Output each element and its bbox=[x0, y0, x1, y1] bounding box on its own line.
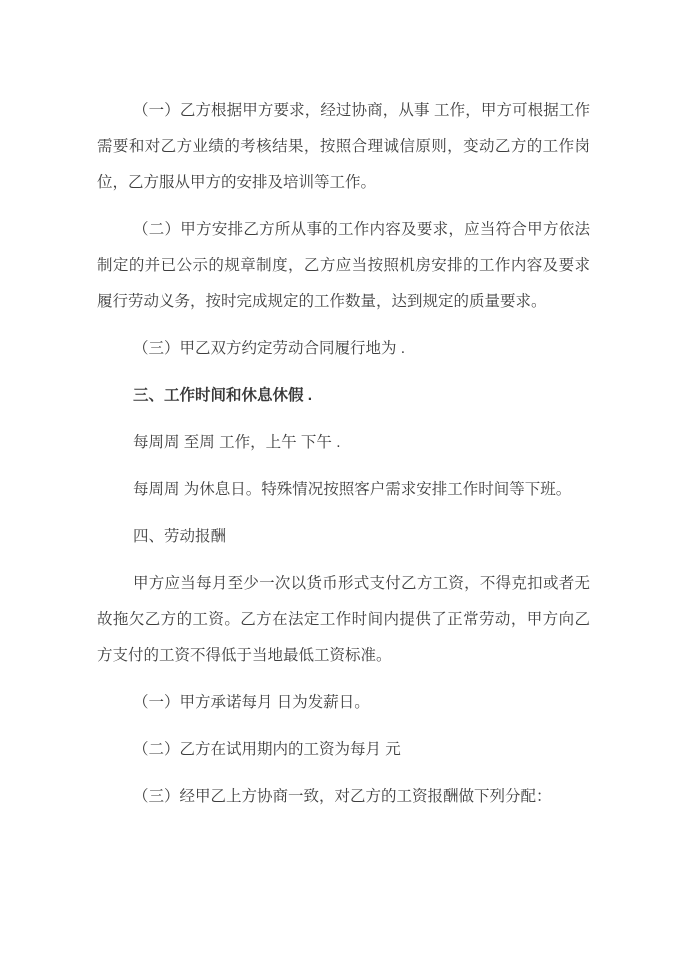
document-page: （一）乙方根据甲方要求，经过协商，从事 工作，甲方可根据工作需要和对乙方业绩的考… bbox=[0, 0, 690, 976]
clause-job-assignment: （一）乙方根据甲方要求，经过协商，从事 工作，甲方可根据工作需要和对乙方业绩的考… bbox=[97, 93, 590, 201]
clause-contract-performance-place: （三）甲乙双方约定劳动合同履行地为 . bbox=[97, 331, 590, 367]
clause-weekly-schedule: 每周周 至周 工作，上午 下午 . bbox=[97, 425, 590, 461]
clause-payday: （一）甲方承诺每月 日为发薪日。 bbox=[97, 685, 590, 721]
section-heading-working-hours: 三、工作时间和休息休假 . bbox=[97, 378, 590, 414]
section-heading-labor-remuneration: 四、劳动报酬 bbox=[97, 519, 590, 555]
clause-wage-payment: 甲方应当每月至少一次以货币形式支付乙方工资，不得克扣或者无故拖欠乙方的工资。乙方… bbox=[97, 566, 590, 674]
clause-probation-wage: （二）乙方在试用期内的工资为每月 元 bbox=[97, 732, 590, 768]
clause-wage-distribution: （三）经甲乙上方协商一致，对乙方的工资报酬做下列分配： bbox=[97, 779, 590, 815]
clause-work-content-requirements: （二）甲方安排乙方所从事的工作内容及要求，应当符合甲方依法制定的并已公示的规章制… bbox=[97, 212, 590, 320]
clause-rest-days: 每周周 为休息日。特殊情况按照客户需求安排工作时间等下班。 bbox=[97, 472, 590, 508]
